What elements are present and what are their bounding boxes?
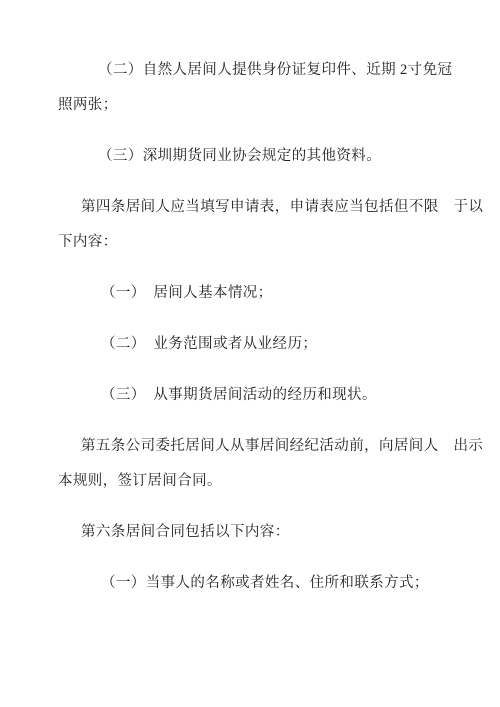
article-5: 第五条公司委托居间人从事居间经纪活动前，向居间人 出示 本规则，签订居间合同。: [58, 429, 474, 499]
text-line: 下内容：: [58, 225, 474, 260]
clause-item-3: （三）深圳期货同业协会规定的其他资料。: [58, 139, 474, 174]
article-4-sub-3: （三） 从事期货居间活动的经历和现状。: [58, 378, 474, 413]
text-line: 第四条居间人应当填写申请表，申请表应当包括但不限 于以: [58, 190, 474, 225]
article-4-sub-1: （一） 居间人基本情况；: [58, 276, 474, 311]
text-line: 第五条公司委托居间人从事居间经纪活动前，向居间人 出示: [58, 429, 474, 464]
article-4: 第四条居间人应当填写申请表，申请表应当包括但不限 于以 下内容：: [58, 190, 474, 260]
text-line: （三）深圳期货同业协会规定的其他资料。: [58, 139, 474, 174]
document-page: （二）自然人居间人提供身份证复印件、近期 2寸免冠 照两张； （三）深圳期货同业…: [0, 0, 500, 707]
article-6-sub-1: （一）当事人的名称或者姓名、住所和联系方式；: [58, 566, 474, 601]
text-line: （一） 居间人基本情况；: [58, 276, 474, 311]
clause-item-2: （二）自然人居间人提供身份证复印件、近期 2寸免冠 照两张；: [58, 53, 474, 123]
text-line: （一）当事人的名称或者姓名、住所和联系方式；: [58, 566, 474, 601]
text-line: （二） 业务范围或者从业经历；: [58, 327, 474, 362]
text-line: 照两张；: [58, 88, 474, 123]
article-6: 第六条居间合同包括以下内容：: [58, 515, 474, 550]
text-line: （二）自然人居间人提供身份证复印件、近期 2寸免冠: [58, 53, 474, 88]
article-4-sub-2: （二） 业务范围或者从业经历；: [58, 327, 474, 362]
text-line: 本规则，签订居间合同。: [58, 464, 474, 499]
text-line: 第六条居间合同包括以下内容：: [58, 515, 474, 550]
text-line: （三） 从事期货居间活动的经历和现状。: [58, 378, 474, 413]
